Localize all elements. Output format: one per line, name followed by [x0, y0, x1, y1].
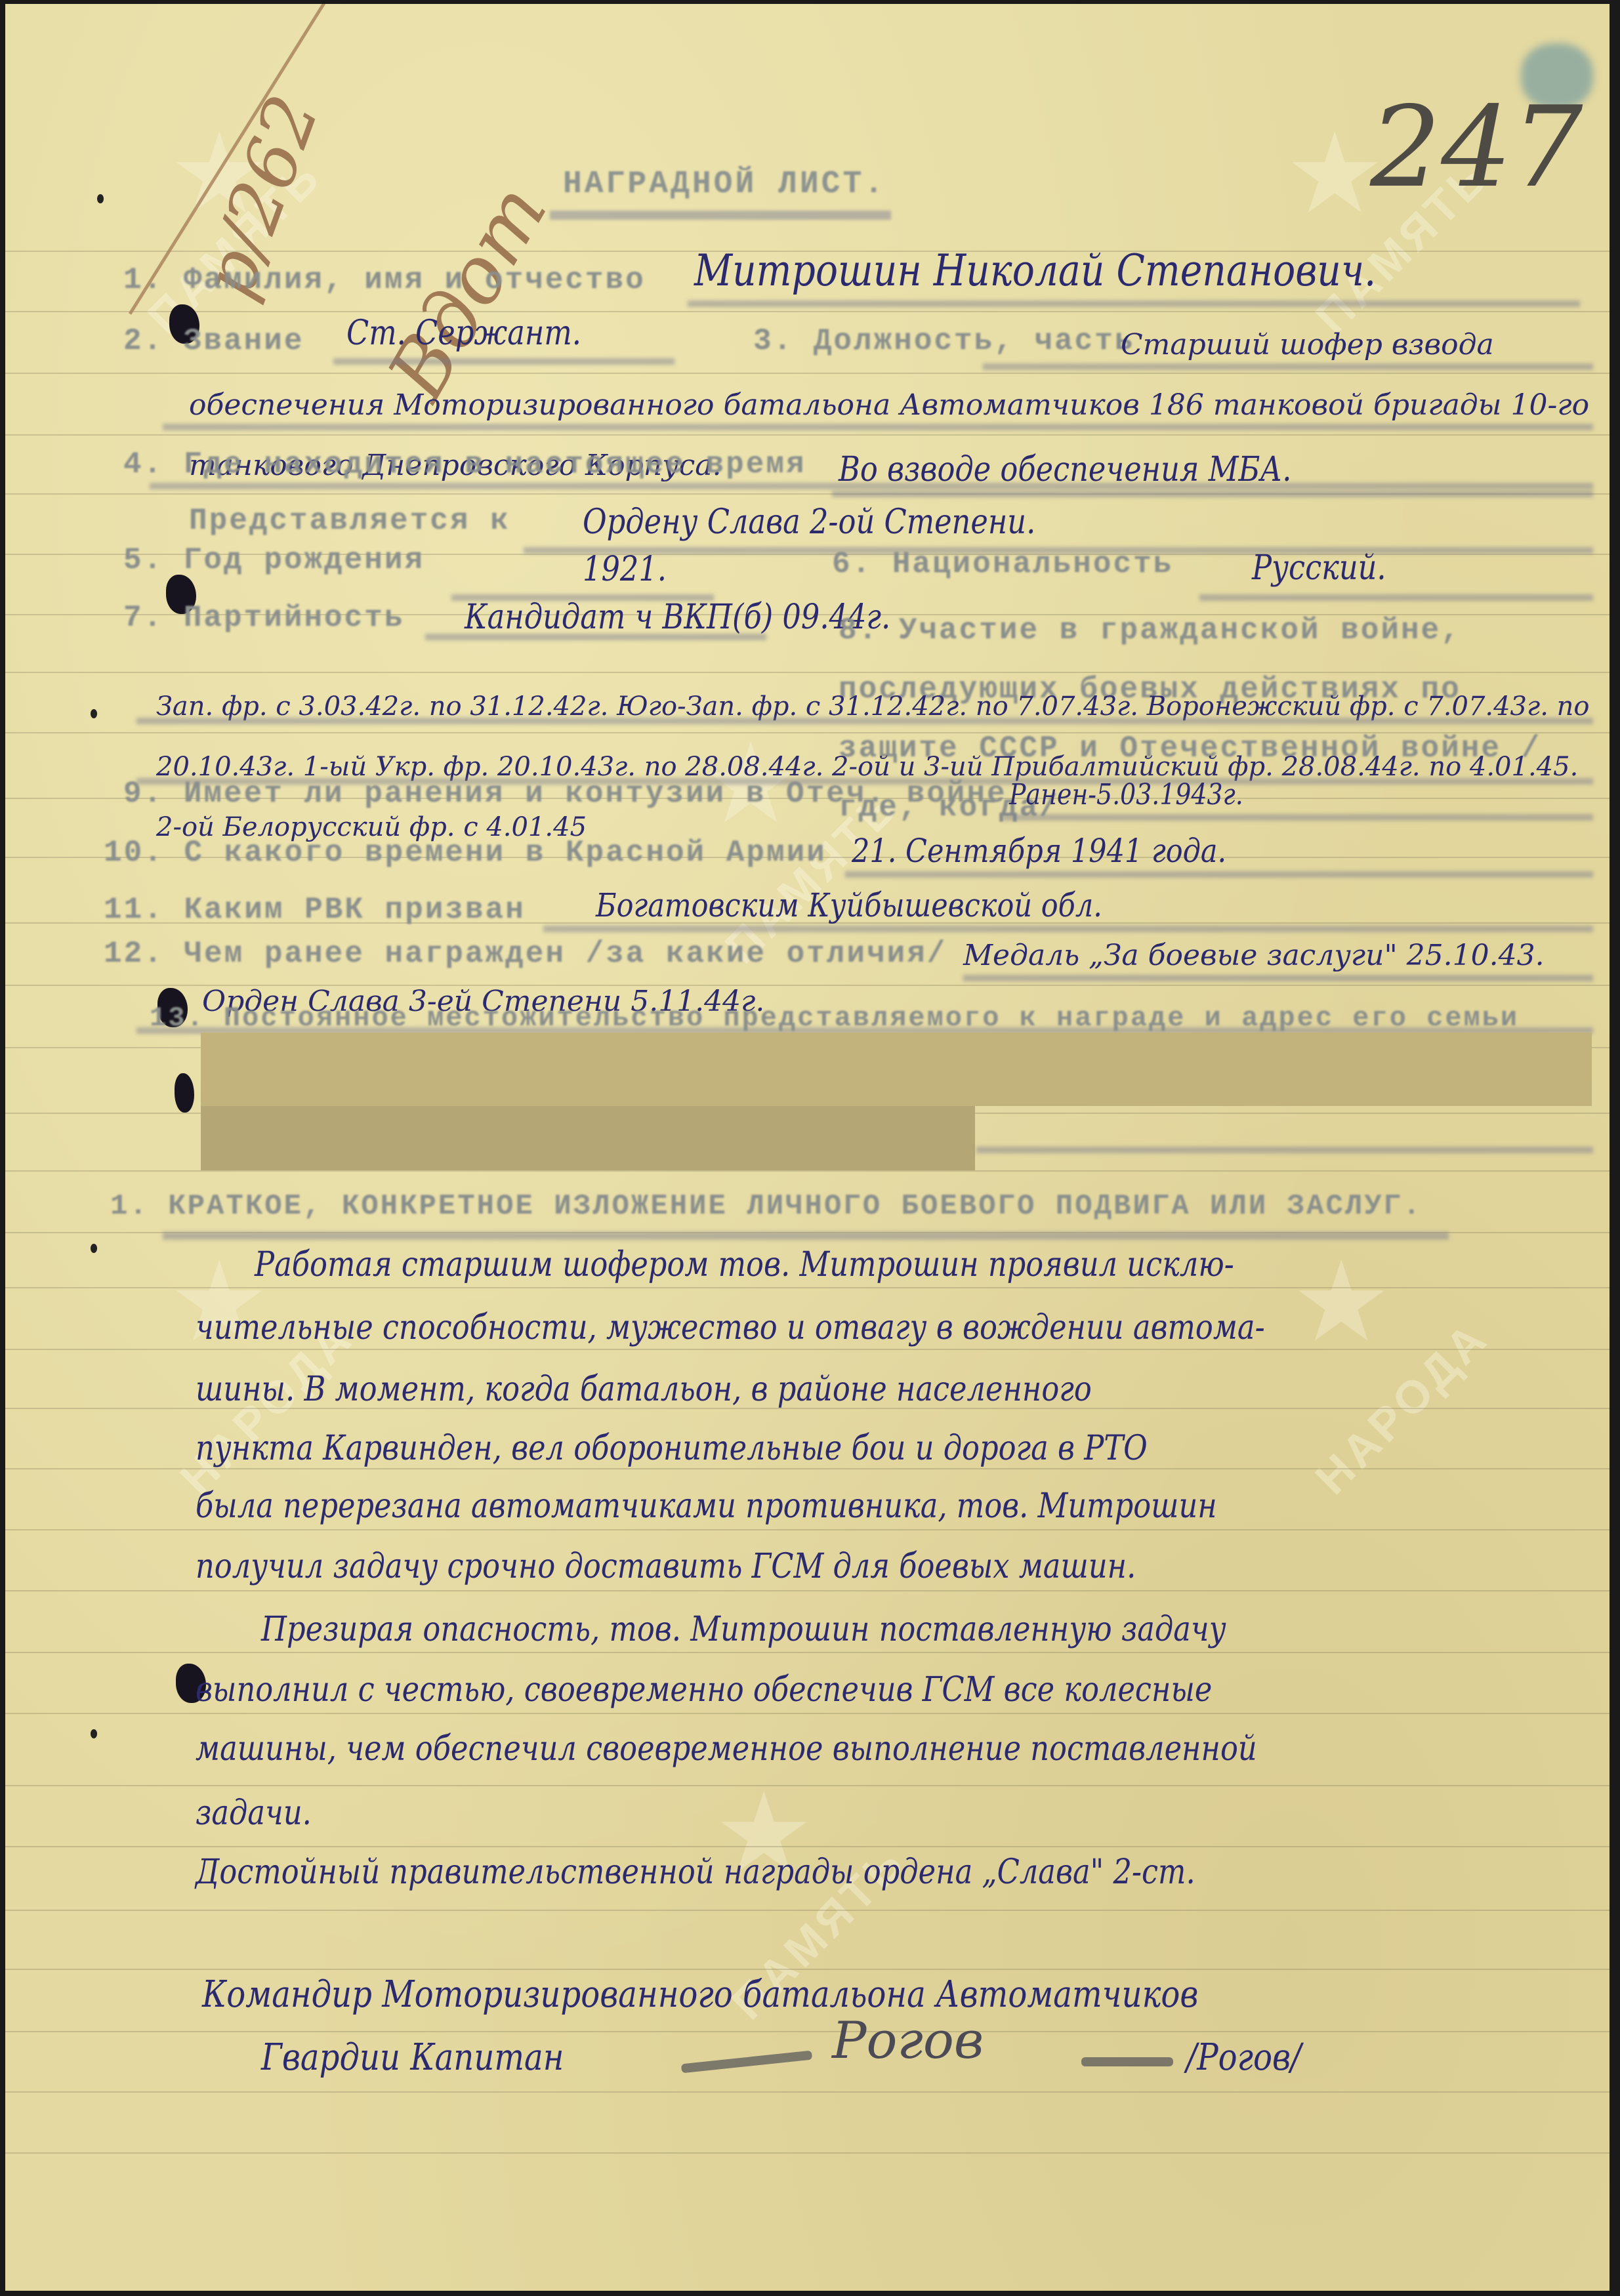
title-underline	[550, 211, 891, 220]
paper-speck	[91, 1244, 97, 1253]
narrative-line: Достойный правительственной награды орде…	[196, 1853, 1195, 1892]
presented-for-label: Представляется к	[189, 504, 510, 538]
commander-name: /Рогов/	[1186, 2036, 1301, 2079]
signature-dash	[1081, 2057, 1173, 2066]
redacted-address-block	[201, 1106, 975, 1170]
narrative-line: Работая старшим шофером тов. Митрошин пр…	[255, 1245, 1234, 1284]
field-10-value: 21. Сентября 1941 года.	[852, 832, 1226, 870]
presented-for-value: Ордену Слава 2-ой Степени.	[583, 502, 1035, 542]
field-6-value: Русский.	[1252, 548, 1386, 588]
field-10-label: 10. С какого времени в Красной Армии	[104, 836, 827, 870]
field-6-label: 6. Национальность	[832, 547, 1173, 581]
narrative-line: получил задачу срочно доставить ГСМ для …	[196, 1547, 1136, 1586]
field-8-value: Зап. фр. с 3.03.42г. по 31.12.42г. Юго-З…	[156, 676, 1600, 857]
watermark-star-icon: ★	[1291, 1237, 1391, 1367]
award-sheet-page: ★ ПАМЯТЬ ★ ПАМЯТЬ ★ ПАМЯТЬ ★ НАРОДА ★ НА…	[5, 4, 1610, 2291]
field-13-label: 13. Постоянное местожительство представл…	[150, 1002, 1519, 1034]
commander-position: Командир Моторизированного батальона Авт…	[202, 1973, 1198, 2016]
paper-speck	[91, 709, 97, 718]
paper-speck	[97, 194, 104, 203]
signature-dash	[681, 2051, 812, 2074]
field-1-value: Митрошин Николай Степанович.	[694, 245, 1376, 296]
archive-number: 247	[1370, 83, 1583, 213]
narrative-line: пункта Карвинден, вел оборонительные бои…	[196, 1429, 1148, 1468]
document-title: НАГРАДНОЙ ЛИСТ.	[563, 167, 886, 202]
punch-hole	[175, 1073, 194, 1113]
field-11-value: Богатовским Куйбышевской обл.	[596, 886, 1102, 924]
paper-speck	[91, 1729, 97, 1738]
field-4-label: 4. Где находится в настоящее время	[123, 447, 806, 482]
field-5-value: 1921.	[583, 550, 667, 589]
narrative-line: выполнил с честью, своевременно обеспечи…	[196, 1670, 1212, 1710]
narrative-line: машины, чем обеспечил своевременное выпо…	[196, 1729, 1257, 1769]
field-9-label: 9. Имеет ли ранения и контузии в Отеч. в…	[123, 777, 1007, 811]
field-11-label: 11. Каким РВК призван	[104, 893, 526, 927]
narrative-line: была перерезана автоматчиками противника…	[196, 1486, 1217, 1526]
commander-rank: Гвардии Капитан	[261, 2036, 564, 2079]
field-1-label: 1. Фамилия, имя и отчество	[123, 263, 646, 297]
commander-signature: Рогов	[832, 2011, 984, 2070]
narrative-line: шины. В момент, когда батальон, в районе…	[196, 1370, 1092, 1409]
redacted-address-block	[201, 1033, 1592, 1106]
narrative-line: задачи.	[196, 1794, 312, 1833]
field-5-label: 5. Год рождения	[123, 543, 425, 577]
narrative-line: чительные способности, мужество и отвагу…	[196, 1308, 1265, 1347]
section-heading: 1. КРАТКОЕ, КОНКРЕТНОЕ ИЗЛОЖЕНИЕ ЛИЧНОГО…	[110, 1190, 1423, 1223]
narrative-line: Презирая опасность, тов. Митрошин постав…	[261, 1610, 1226, 1649]
field-7-value: Кандидат ч ВКП(б) 09.44г.	[465, 598, 890, 637]
field-7-label: 7. Партийность	[123, 601, 404, 635]
field-9-value: Ранен-5.03.1943г.	[1009, 778, 1243, 811]
field-4-value: Во взводе обеспечения МБА.	[839, 450, 1291, 489]
